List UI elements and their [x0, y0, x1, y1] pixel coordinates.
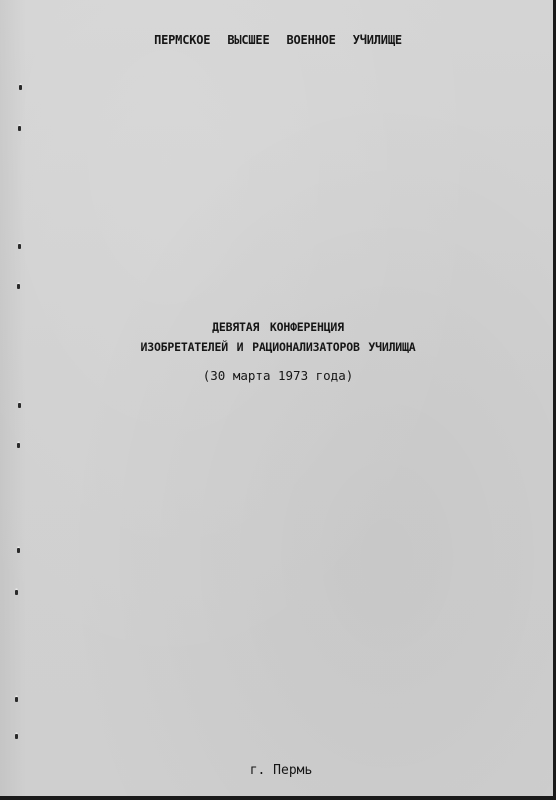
binding-hole-mark [19, 85, 22, 90]
binding-hole-mark [15, 697, 18, 702]
binding-hole-mark [15, 734, 18, 739]
binding-hole-mark [18, 126, 21, 131]
binding-hole-mark [15, 590, 18, 595]
institution-heading: ПЕРМСКОЕ ВЫСШЕЕ ВОЕННОЕ УЧИЛИЩЕ [0, 33, 556, 48]
binding-hole-mark [17, 284, 20, 289]
scanned-title-page: ПЕРМСКОЕ ВЫСШЕЕ ВОЕННОЕ УЧИЛИЩЕ ДЕВЯТАЯ … [0, 0, 553, 796]
binding-shadow [0, 0, 26, 796]
binding-hole-mark [17, 548, 20, 553]
conference-title-line-2: ИЗОБРЕТАТЕЛЕЙ И РАЦИОНАЛИЗАТОРОВ УЧИЛИЩА [0, 340, 556, 354]
city-footer: г. Пермь [3, 763, 556, 778]
conference-title-line-1: ДЕВЯТАЯ КОНФЕРЕНЦИЯ [0, 320, 556, 334]
conference-date: (30 марта 1973 года) [0, 368, 556, 383]
scan-border-bottom [0, 796, 556, 800]
binding-hole-mark [18, 244, 21, 249]
binding-hole-mark [18, 403, 21, 408]
binding-hole-mark [17, 443, 20, 448]
